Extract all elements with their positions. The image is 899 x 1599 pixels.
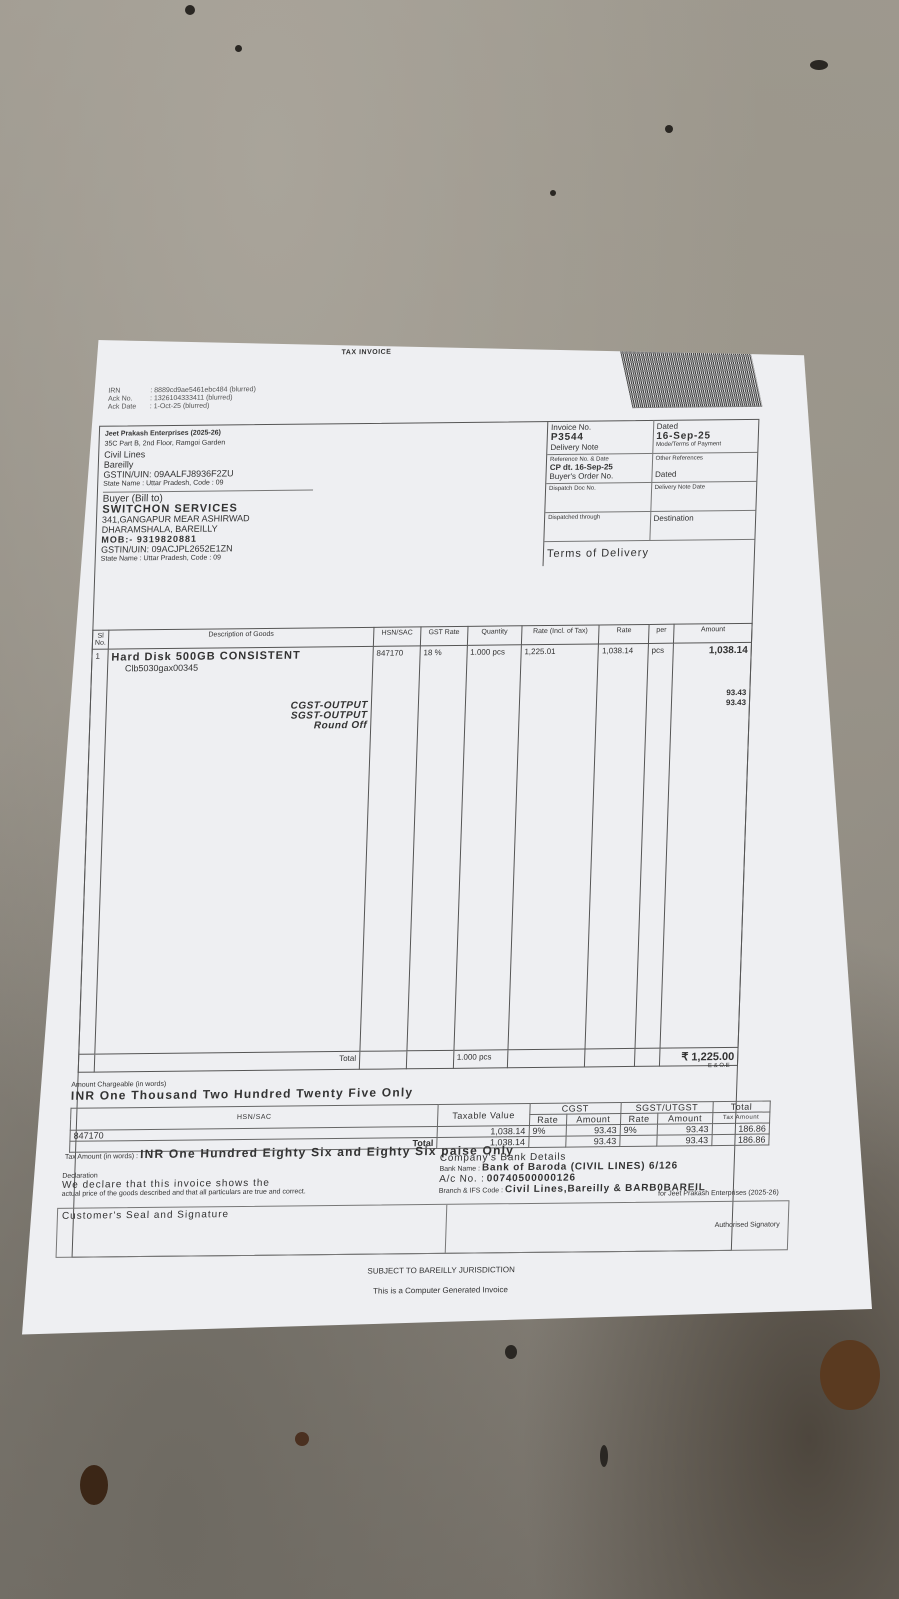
tax-words-label: Tax Amount (in words) :	[65, 1153, 138, 1161]
ack-date-label: Ack Date	[108, 403, 150, 411]
empty-cell	[585, 1048, 635, 1067]
hsn-sgst-amount: 93.43	[657, 1124, 712, 1136]
tax-line-amounts: 93.43 93.43	[675, 688, 747, 709]
empty-cell	[507, 1049, 585, 1068]
table-row: 1 Hard Disk 500GB CONSISTENT Clb5030gax0…	[79, 642, 752, 1054]
bank-name: Bank of Baroda (CIVIL LINES) 6/126	[482, 1160, 678, 1173]
hsn-cgst-rate: 9%	[529, 1125, 566, 1136]
for-company-label: for Jeet Prakash Enterprises (2025-26)	[658, 1189, 779, 1197]
empty-cell	[634, 1048, 660, 1066]
items-table: Sl No. Description of Goods HSN/SAC GST …	[78, 623, 753, 1073]
hsn-taxable: 1,038.14	[437, 1126, 529, 1138]
reference-cell: Reference No. & DateCP dt. 16-Sep-25Buye…	[546, 454, 651, 483]
speck	[600, 1445, 608, 1467]
col-hsn: HSN/SAC	[373, 627, 421, 646]
signature-box: Customer's Seal and Signature for Jeet P…	[56, 1200, 790, 1258]
seller-buyer-block: Jeet Prakash Enterprises (2025-26) 35C P…	[101, 425, 546, 565]
ack-no-value: 1326104333411 (blurred)	[154, 394, 233, 402]
dispatch-doc-label: Dispatch Doc No.	[545, 483, 650, 512]
item-description-cell: Hard Disk 500GB CONSISTENT Clb5030gax003…	[95, 646, 374, 1054]
meta-row: Dispatch Doc No. Delivery Note Date	[545, 482, 756, 513]
divider	[445, 1205, 448, 1253]
cgst-rate-col: Rate	[529, 1114, 566, 1125]
item-rate-incl: 1,225.01	[508, 644, 599, 1050]
tax-line-roundoff: Round Off	[109, 721, 367, 734]
dated-cell: Dated16-Sep-25Mode/Terms of Payment	[652, 419, 759, 453]
total-label: Total	[94, 1051, 360, 1072]
delivery-note-date-label: Delivery Note Date	[650, 482, 756, 511]
speck	[80, 1465, 108, 1505]
dated2-label: Dated	[655, 469, 754, 479]
qr-code	[619, 345, 762, 408]
other-ref-cell: Other ReferencesDated	[651, 453, 757, 482]
total-quantity: 1.000 pcs	[453, 1050, 508, 1069]
cgst-amount-col: Amount	[566, 1114, 621, 1126]
total-col: Total	[713, 1101, 771, 1113]
branch-label: Branch & IFS Code :	[439, 1187, 503, 1195]
col-rate-incl: Rate (Incl. of Tax)	[521, 625, 599, 645]
authorised-signatory-label: Authorised Signatory	[715, 1221, 780, 1229]
meta-row: Invoice No.P3544Delivery Note Dated16-Se…	[547, 419, 758, 455]
sgst-rate-col: Rate	[620, 1113, 658, 1124]
speck	[810, 60, 828, 70]
taxable-col: Taxable Value	[437, 1104, 529, 1127]
dispatched-through-label: Dispatched through	[544, 512, 649, 541]
customer-seal-label: Customer's Seal and Signature	[62, 1209, 230, 1222]
bank-name-label: Bank Name :	[439, 1165, 480, 1172]
item-amount: 1,038.14	[677, 645, 748, 657]
tax-line-labels: CGST-OUTPUT SGST-OUTPUT Round Off	[109, 701, 368, 734]
destination-label: Destination	[649, 511, 755, 540]
item-serial: Clb5030gax00345	[111, 661, 369, 674]
speck	[665, 125, 673, 133]
sgst-amount-col: Amount	[658, 1113, 713, 1125]
invoice-paper: TAX INVOICE e-Invoice IRN: 8889cd9ae5461…	[22, 340, 872, 1360]
empty-cell	[406, 1050, 453, 1068]
meta-row: Dispatched through Destination	[544, 511, 755, 542]
account-label: A/c No. :	[439, 1173, 485, 1184]
ack-date-value: 1-Oct-25 (blurred)	[154, 403, 210, 411]
hsn-cgst-amount: 93.43	[566, 1125, 621, 1137]
item-amount-cell: 1,038.14 93.43 93.43	[660, 642, 751, 1048]
speck	[185, 5, 195, 15]
col-per: per	[648, 624, 674, 643]
invoice-meta-grid: Invoice No.P3544Delivery Note Dated16-Se…	[543, 419, 759, 566]
declaration-block: Declaration We declare that this invoice…	[61, 1158, 432, 1199]
col-quantity: Quantity	[467, 626, 522, 646]
terms-of-delivery-label: Terms of Delivery	[544, 540, 755, 566]
col-amount: Amount	[674, 623, 753, 643]
irn-value: 8889cd9ae5461ebc484 (blurred)	[154, 386, 256, 394]
delivery-note-label: Delivery Note	[550, 442, 649, 452]
total-tax-col: Tax Amount	[712, 1112, 770, 1124]
jurisdiction-note: SUBJECT TO BAREILLY JURISDICTION	[331, 1260, 552, 1282]
meta-row: Reference No. & DateCP dt. 16-Sep-25Buye…	[546, 453, 757, 484]
invoice-sheet: TAX INVOICE e-Invoice IRN: 8889cd9ae5461…	[82, 333, 792, 340]
speck	[235, 45, 242, 52]
speck	[550, 190, 556, 196]
col-sl: Sl No.	[92, 630, 109, 649]
speck	[295, 1432, 309, 1446]
col-rate: Rate	[599, 624, 649, 644]
speck	[505, 1345, 517, 1359]
col-gst-rate: GST Rate	[420, 626, 467, 645]
hsn-sgst-rate: 9%	[620, 1124, 658, 1135]
qr-caption: e-Invoice	[672, 336, 697, 342]
empty-cell	[359, 1051, 407, 1069]
mode-payment-label: Mode/Terms of Payment	[656, 441, 755, 448]
invoice-title: TAX INVOICE	[341, 349, 391, 357]
invoice-footer: SUBJECT TO BAREILLY JURISDICTION This is…	[330, 1260, 551, 1302]
other-ref-label: Other References	[655, 455, 754, 462]
empty-cell	[78, 1054, 94, 1072]
irn-block: IRN: 8889cd9ae5461ebc484 (blurred) Ack N…	[108, 386, 256, 412]
invoice-no-cell: Invoice No.P3544Delivery Note	[547, 420, 653, 454]
sgst-amount: 93.43	[675, 698, 746, 709]
speck	[820, 1340, 880, 1410]
computer-generated-note: This is a Computer Generated Invoice	[330, 1280, 551, 1302]
buyers-order-label: Buyer's Order No.	[549, 471, 648, 481]
hsn-total-tax: 186.86	[712, 1123, 770, 1135]
eoe-label: E & O.E	[708, 1063, 730, 1069]
